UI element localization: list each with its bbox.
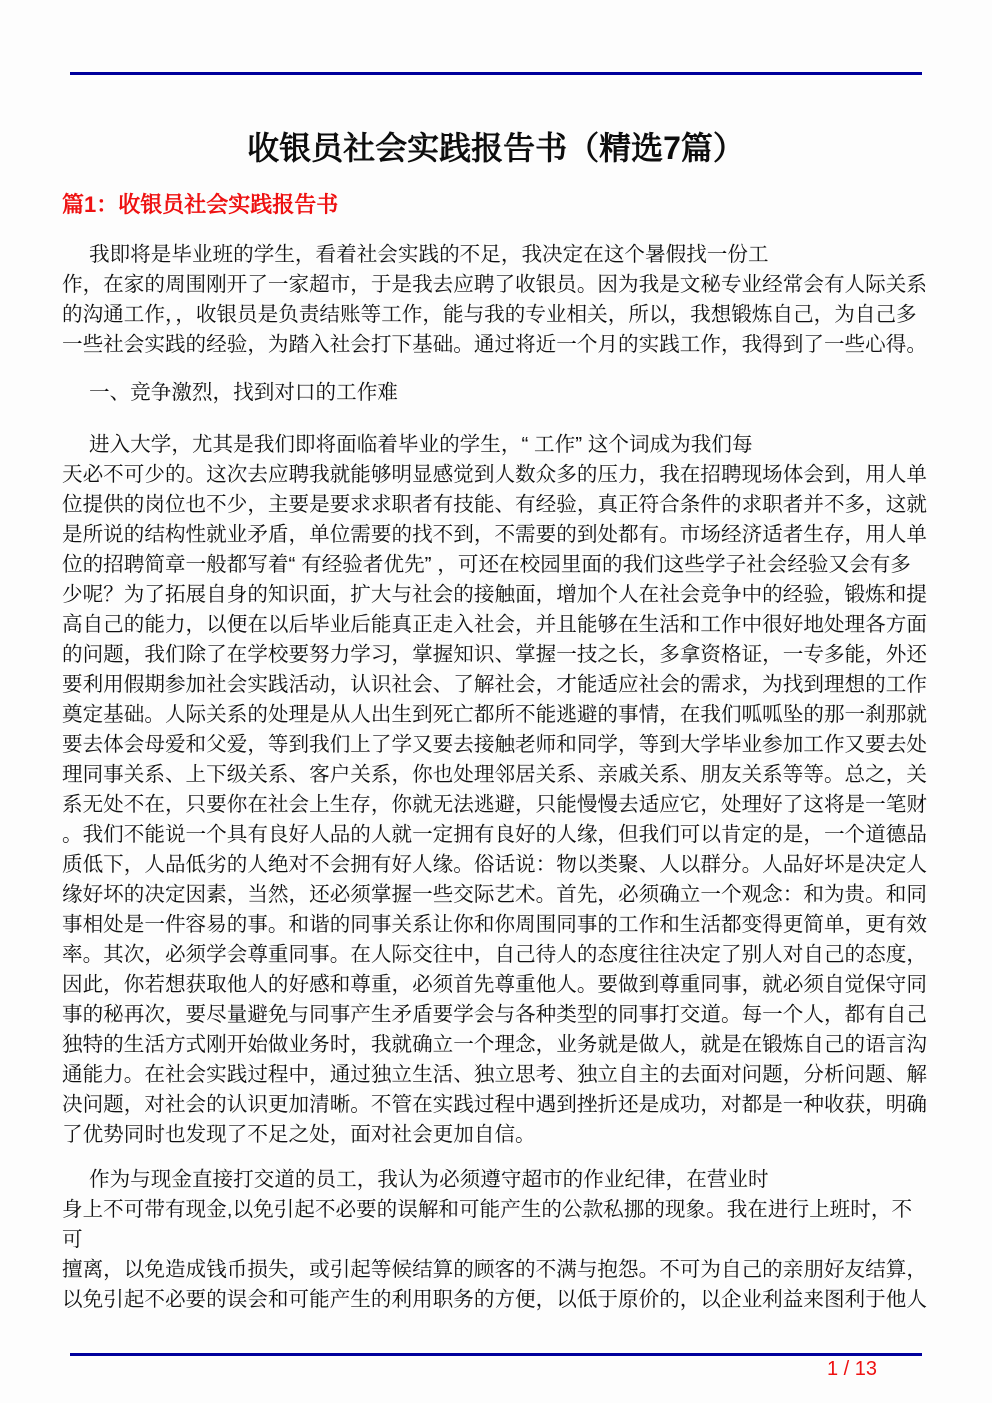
- page-number-indicator: 1 / 13: [827, 1357, 877, 1381]
- paragraph-intro: 我即将是毕业班的学生，看着社会实践的不足，我决定在这个暑假找一份工 作，在家的周…: [62, 240, 930, 360]
- document-body: 收银员社会实践报告书（精选7篇） 篇1：收银员社会实践报告书 我即将是毕业班的学…: [62, 0, 930, 1315]
- sub-heading-competition: 一、竞争激烈，找到对口的工作难: [62, 378, 930, 408]
- document-title: 收银员社会实践报告书（精选7篇）: [62, 128, 930, 168]
- paragraph-cashier-discipline: 作为与现金直接打交道的员工，我认为必须遵守超市的作业纪律，在营业时 身上不可带有…: [62, 1165, 930, 1315]
- document-page: 收银员社会实践报告书（精选7篇） 篇1：收银员社会实践报告书 我即将是毕业班的学…: [0, 0, 992, 1403]
- section-heading-red: 篇1：收银员社会实践报告书: [62, 190, 930, 220]
- paragraph-main: 进入大学，尤其是我们即将面临着毕业的学生，“ 工作” 这个词成为我们每 天必不可…: [62, 430, 930, 1150]
- footer-divider-line: [70, 1353, 922, 1356]
